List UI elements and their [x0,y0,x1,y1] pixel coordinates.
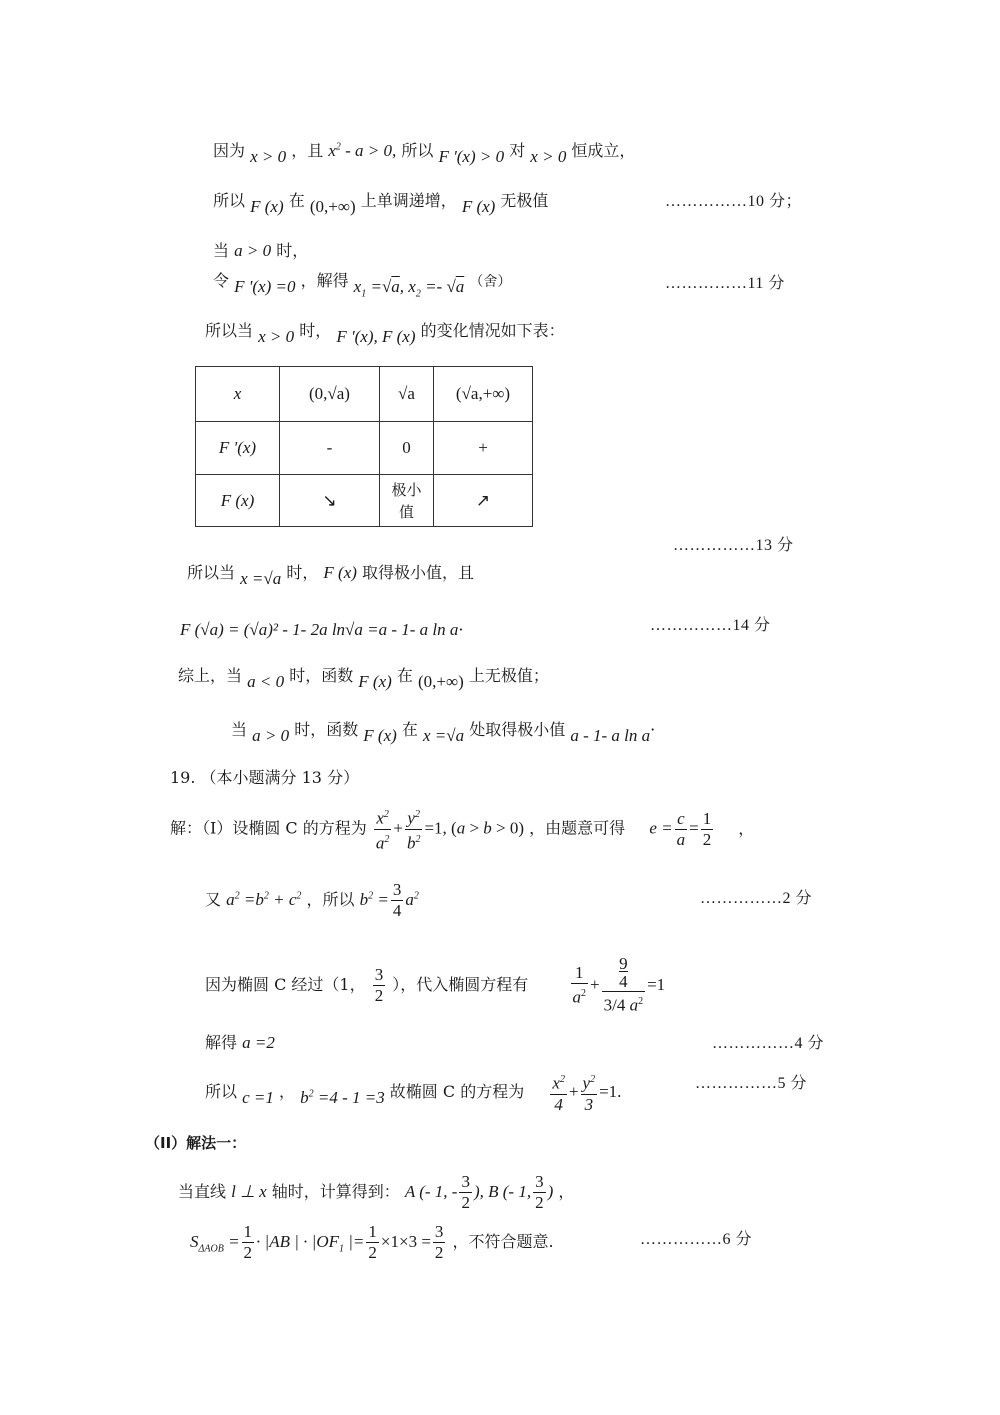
table-cell: + [434,422,533,475]
text: 解：（I）设椭圆 C 的方程为 [170,819,367,838]
text-line: 又 a2 =b2 + c2 ，所以 b2 =34a2 [205,880,419,921]
text: ），代入椭圆方程有 [392,975,528,994]
fraction: y2b2 [405,805,423,853]
text: 时， [299,321,331,340]
text: ， [558,1182,574,1201]
math: (0,+∞) [418,672,464,691]
text: 所以 [205,1082,237,1101]
text: 上无极值； [469,666,549,685]
text: 时，函数 [294,720,358,739]
text: 所以 [213,191,245,210]
math: (0,+∞) [310,197,356,216]
text-line: 当 a > 0 时，函数 F (x) 在 x =√a 处取得极小值 a - 1-… [231,717,655,740]
table-cell: √a [380,367,434,422]
text-line: 解得 a =2 [205,1030,275,1053]
text: 无极值 [500,191,548,210]
text: 对 [509,141,525,160]
text: 解得 [205,1033,237,1052]
math: F (x) [250,197,284,216]
fraction: x2a2 [374,805,392,853]
text: 所以当 [187,563,235,582]
text: 恒成立， [571,141,635,160]
text: 当 [231,720,247,739]
text-line: 当直线 l ⊥ x 轴时，计算得到： A (- 1, -32), B (- 1,… [178,1172,574,1213]
table-cell: 极小值 [380,475,434,527]
text-line: 所以当 x =√a 时， F (x) 取得极小值，且 [187,560,474,583]
math: a > 0 [234,241,271,260]
text: 故椭圆 C 的方程为 [390,1082,524,1101]
score-10: ……………10 分； [665,188,802,211]
text: 在 [402,720,418,739]
text: 时， [286,563,318,582]
text: ，且 [291,141,323,160]
text: 令 [213,271,229,290]
math: F '(x), F (x) [336,327,415,346]
score-14: ……………14 分 [650,612,771,635]
score-4: ……………4 分 [712,1030,824,1053]
text-line: SΔAOB =12· |AB | · |OF1 |=12×1×3 =32 ，不符… [190,1222,554,1263]
text: 上单调递增， [361,191,457,210]
math: F (x) [462,197,496,216]
math: a - 1- a ln a [570,726,650,745]
math: x =√a [423,726,464,745]
math: F (x) [323,563,357,582]
text: 当直线 [178,1182,226,1201]
text: ，不符合题意. [453,1232,554,1251]
text: （舍） [469,274,511,290]
text: 时，函数 [289,666,353,685]
math: c =1 [242,1088,274,1107]
math: F (x) [363,726,397,745]
text: ，解得 [301,271,349,290]
math: F (√a) = (√a)² - 1- 2a ln√a =a - 1- a ln… [180,620,458,639]
math: F (x) [358,672,392,691]
text-line: 令 F '(x) =0 ，解得 x1 =√a, x2 =- √a （舍） [213,268,511,293]
score-11: ……………11 分 [665,270,785,293]
table-cell: 0 [380,422,434,475]
math: x =√a [240,569,281,588]
text: 因为椭圆 C 经过（1， [205,975,366,994]
text: ，由题意可得 [529,819,625,838]
text-line: 解：（I）设椭圆 C 的方程为 x2a2+y2b2=1, (a > b > 0)… [170,805,754,853]
text: 的变化情况如下表： [421,321,565,340]
table-cell: F '(x) [196,422,280,475]
score-2: ……………2 分 [700,885,812,908]
text: 时， [276,241,308,260]
text-line: 所以当 x > 0 时， F '(x), F (x) 的变化情况如下表： [205,318,565,341]
math: a < 0 [247,672,284,691]
text: 综上，当 [178,666,242,685]
score-6: ……………6 分 [640,1226,752,1249]
text: 当 [213,241,229,260]
variation-table: x (0,√a) √a (√a,+∞) F '(x) - 0 + F (x) ↘… [195,366,533,527]
table-cell: - [280,422,380,475]
math: a > 0 [252,726,289,745]
text-line: 当 a > 0 时， [213,238,308,261]
table-cell: F (x) [196,475,280,527]
text: ， [738,819,754,838]
table-cell: ↘ [280,475,380,527]
table-cell: ↗ [434,475,533,527]
text-line: F (√a) = (√a)² - 1- 2a ln√a =a - 1- a ln… [180,620,464,640]
text: 处取得极小值 [469,720,565,739]
text-line: 所以 F (x) 在 (0,+∞) 上单调递增， F (x) 无极值 [213,188,548,211]
text: 轴时，计算得到： [272,1182,400,1201]
table-cell: (0,√a) [280,367,380,422]
text: ， [279,1082,295,1101]
text: 取得极小值，且 [362,563,474,582]
text: 在 [397,666,413,685]
text-line: 因为椭圆 C 经过（1， 32 ），代入椭圆方程有 1a2+943/4 a2=1 [205,955,665,1016]
text-line: 因为 x > 0 ，且 x2 - a > 0, 所以 F '(x) > 0 对 … [213,138,635,161]
text-line: 所以 c =1 ， b2 =4 - 1 =3 故椭圆 C 的方程为 x24+y2… [205,1070,621,1115]
math: x > 0 [258,327,294,346]
part-2-header: （II）解法一： [145,1132,246,1153]
table-cell: x [196,367,280,422]
text-line: 综上，当 a < 0 时，函数 F (x) 在 (0,+∞) 上无极值； [178,663,549,686]
text: 因为 [213,141,245,160]
score-13: ……………13 分 [673,532,794,555]
math: F '(x) =0 [234,277,295,296]
table-cell: (√a,+∞) [434,367,533,422]
text: ，所以 [306,890,354,909]
text: 所以当 [205,321,253,340]
math: a =2 [242,1033,275,1052]
text: 又 [205,890,221,909]
text: 在 [289,191,305,210]
text: 所以 [401,141,433,160]
problem-19-header: 19. （本小题满分 13 分） [170,765,359,788]
score-5: ……………5 分 [695,1070,807,1093]
